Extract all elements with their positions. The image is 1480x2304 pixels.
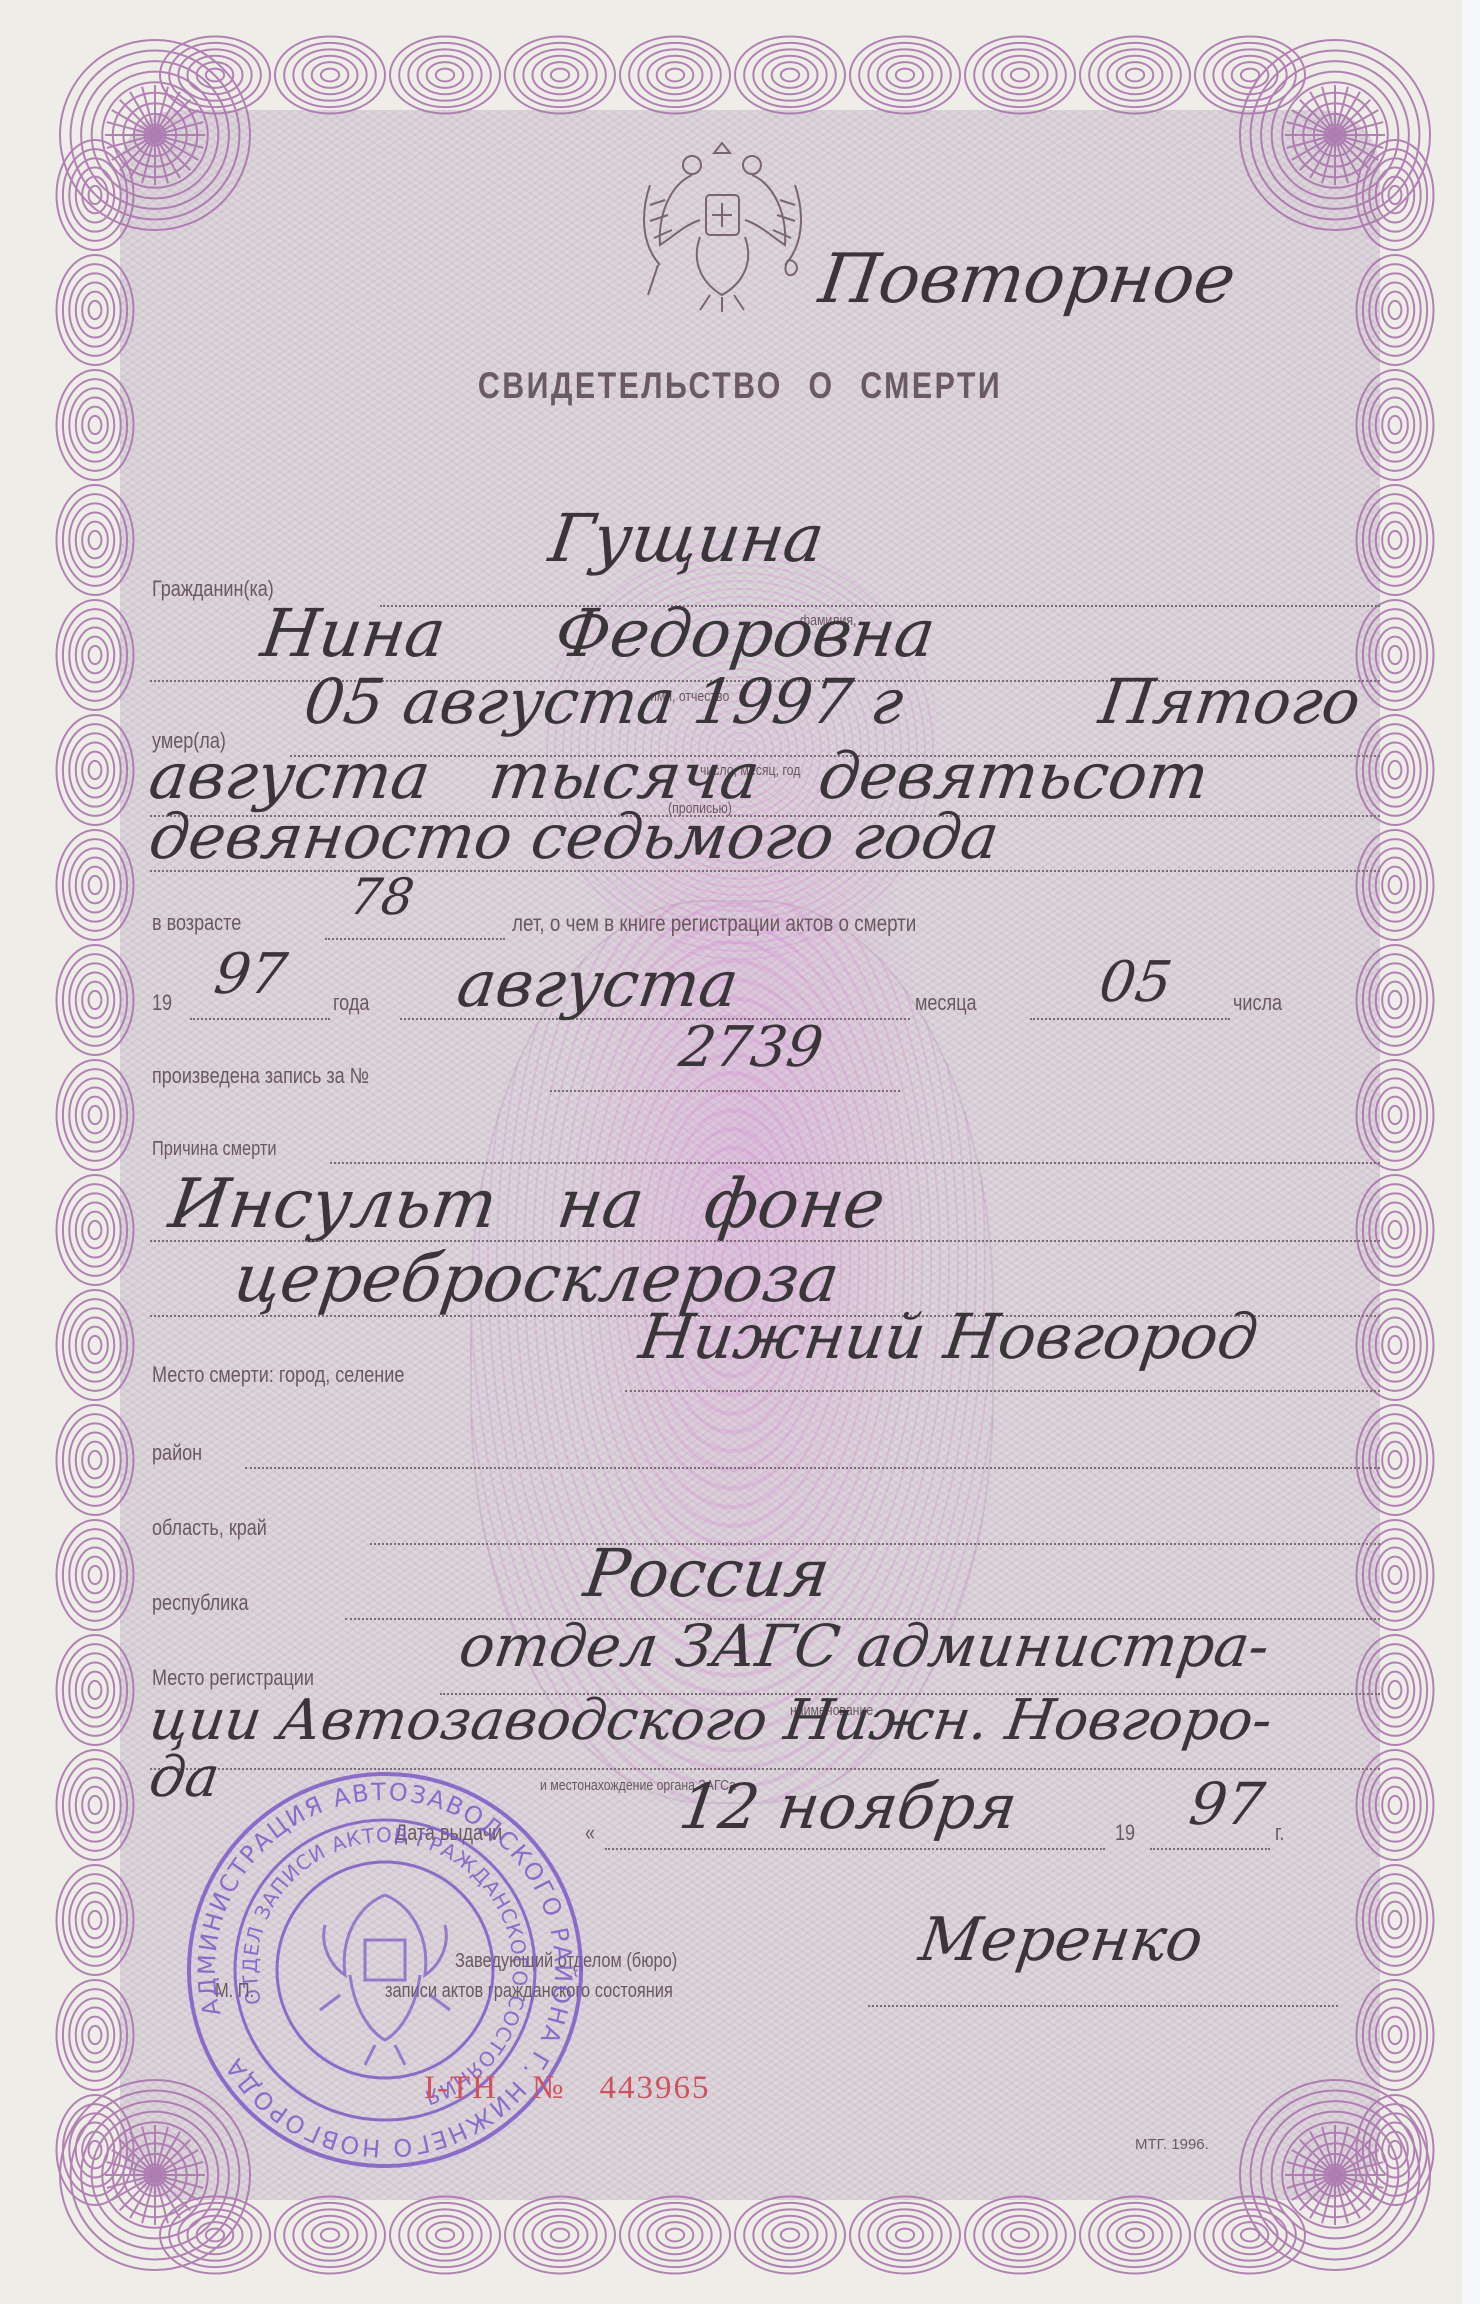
record-century-prefix: 19 — [152, 990, 172, 1016]
age-suffix-label: лет, о чем в книге регистрации актов о с… — [512, 910, 916, 937]
double-headed-eagle-emblem-icon — [630, 125, 815, 315]
record-month-value: августа — [453, 948, 743, 1022]
issue-century-prefix: 19 — [1115, 1820, 1135, 1846]
cause-line-0 — [330, 1162, 1380, 1164]
record-day-value: 05 — [1095, 950, 1175, 1015]
document-title: СВИДЕТЕЛЬСТВО О СМЕРТИ — [133, 365, 1347, 407]
age-label: в возрасте — [152, 910, 241, 936]
district-label: район — [152, 1440, 202, 1466]
record-day-line — [1030, 1018, 1230, 1020]
death-city-label: Место смерти: город, селение — [152, 1362, 404, 1388]
region-line — [370, 1543, 1380, 1545]
signature: Меренко — [915, 1905, 1207, 1975]
record-day-label: числа — [1233, 990, 1282, 1016]
stamp-eagle-icon — [320, 1895, 450, 2065]
registration-value-2: ции Автозаводского Нижн. Новгоро- — [145, 1688, 1276, 1753]
official-seal-stamp: АДМИНИСТРАЦИЯ АВТОЗАВОДСКОГО РАЙОНА Г. Н… — [180, 1765, 590, 2175]
age-line — [325, 938, 505, 940]
surname-value: Гущина — [545, 500, 829, 577]
issue-year-suffix: г. — [1275, 1820, 1284, 1846]
record-number-label: произведена запись за № — [152, 1063, 369, 1089]
serial-number-value: 443965 — [599, 2070, 710, 2106]
district-line — [245, 1467, 1380, 1469]
record-number-line — [550, 1090, 900, 1092]
cause-value-1: Инсульт на фоне — [164, 1165, 889, 1244]
record-year-label: года — [333, 990, 369, 1016]
death-city-value: Нижний Новгород — [635, 1300, 1263, 1373]
duplicate-annotation: Повторное — [814, 240, 1240, 319]
record-year-line — [190, 1018, 330, 1020]
issue-year-line — [1150, 1848, 1270, 1850]
name-patronymic-value: Нина Федоровна — [257, 595, 940, 672]
republic-label: республика — [152, 1590, 249, 1616]
record-month-label: месяца — [915, 990, 977, 1016]
record-number-value: 2739 — [675, 1015, 827, 1080]
issue-date-line — [605, 1848, 1105, 1850]
serial-series: I-ТН — [424, 2070, 498, 2106]
cause-label: Причина смерти — [152, 1138, 277, 1161]
citizen-label: Гражданин(ка) — [152, 576, 274, 602]
death-date-numeric: 05 августа 1997 г — [300, 665, 908, 738]
signature-line — [868, 2005, 1338, 2007]
serial-number: I-ТН№443965 — [424, 2070, 744, 2107]
issue-year-value: 97 — [1185, 1770, 1268, 1838]
death-date-words-3: девяносто седьмого года — [145, 800, 1004, 873]
age-value: 78 — [346, 868, 418, 926]
certificate-sheet: Повторное СВИДЕТЕЛЬСТВО О СМЕРТИ Граждан… — [0, 0, 1480, 2304]
region-label: область, край — [152, 1515, 267, 1541]
death-date-words-1: Пятого — [1095, 665, 1365, 738]
record-year-value: 97 — [210, 942, 290, 1007]
serial-number-sign: № — [532, 2070, 566, 2106]
issue-date-value: 12 ноября — [675, 1770, 1022, 1843]
death-city-line — [625, 1390, 1380, 1392]
republic-value: Россия — [580, 1535, 835, 1612]
registration-value-1: отдел ЗАГС администра- — [455, 1612, 1273, 1680]
printer-mark: МТГ. 1996. — [1135, 2136, 1209, 2153]
